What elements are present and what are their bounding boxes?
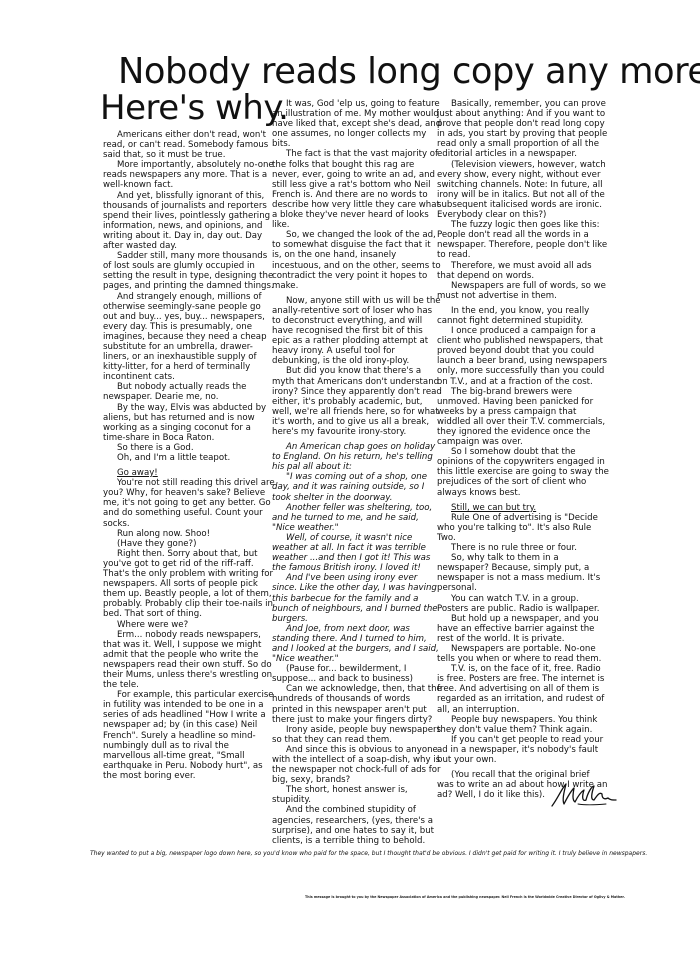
paragraph: You're not still reading this drivel are… xyxy=(103,478,275,528)
paragraph: Sadder still, many more thousands of los… xyxy=(103,251,275,291)
paragraph: So I somehow doubt that the opinions of … xyxy=(437,447,609,497)
paragraph: T.V. is, on the face of it, free. Radio … xyxy=(437,664,609,714)
paragraph: Basically, remember, you can prove just … xyxy=(437,99,609,160)
paragraph-irony-story: "I was coming out of a shop, one day, an… xyxy=(272,472,442,502)
paragraph: The short, honest answer is, stupidity. xyxy=(272,785,442,805)
paragraph: So, why talk to them in a newspaper? Bec… xyxy=(437,553,609,593)
paragraph: Americans either don't read, won't read,… xyxy=(103,130,275,160)
paragraph: If you can't get people to read your ad … xyxy=(437,735,609,765)
paragraph: But hold up a newspaper, and you have an… xyxy=(437,614,609,644)
paragraph: People buy newspapers. You think they do… xyxy=(437,715,609,735)
paragraph: (Television viewers, however, watch ever… xyxy=(437,160,609,221)
paragraph: But nobody actually reads the newspaper.… xyxy=(103,382,275,402)
paragraph: Right then. Sorry about that, but you've… xyxy=(103,549,275,620)
paragraph: It was, God 'elp us, going to feature an… xyxy=(272,99,442,149)
credit-line: This message is brought to you by the Ne… xyxy=(305,895,635,900)
paragraph-irony-story: An American chap goes on holiday to Engl… xyxy=(272,442,442,472)
paragraph: Rule One of advertising is "Decide who y… xyxy=(437,513,609,543)
paragraph: The big-brand brewers were unmoved. Havi… xyxy=(437,387,609,448)
paragraph: Irony aside, people buy newspapers so th… xyxy=(272,725,442,745)
paragraph: Where were we? xyxy=(103,620,275,630)
paragraph: Run along now. Shoo! xyxy=(103,529,275,539)
paragraph: You can watch T.V. in a group. Posters a… xyxy=(437,594,609,614)
paragraph: Erm... nobody reads newspapers, that was… xyxy=(103,630,275,691)
paragraph: (Have they gone?) xyxy=(103,539,275,549)
paragraph: Newspapers are portable. No-one tells yo… xyxy=(437,644,609,664)
paragraph: Now, anyone still with us will be the an… xyxy=(272,296,442,367)
paragraph: Therefore, we must avoid all ads that de… xyxy=(437,261,609,281)
paragraph: Oh, and I'm a little teapot. xyxy=(103,453,275,463)
advertisement-page: Nobody reads long copy any more. Here's … xyxy=(0,0,700,970)
paragraph-irony-story: And I've been using irony ever since. Li… xyxy=(272,573,442,623)
body-column-2: It was, God 'elp us, going to feature an… xyxy=(272,99,442,846)
paragraph: So there is a God. xyxy=(103,443,275,453)
footnote: They wanted to put a big, newspaper logo… xyxy=(90,850,620,858)
paragraph-still-we-can-but-try: Still, we can but try. xyxy=(437,503,609,513)
paragraph: (Pause for... bewilderment, I suppose...… xyxy=(272,664,442,684)
paragraph: And since this is obvious to anyone with… xyxy=(272,745,442,785)
headline-line-2: Here's why. xyxy=(100,88,288,128)
paragraph: And yet, blissfully ignorant of this, th… xyxy=(103,191,275,252)
body-column-1: Americans either don't read, won't read,… xyxy=(103,130,275,781)
paragraph: By the way, Elvis was abducted by aliens… xyxy=(103,403,275,443)
headline-line-1: Nobody reads long copy any more. xyxy=(118,52,700,92)
paragraph: In the end, you know, you really cannot … xyxy=(437,306,609,326)
paragraph: And strangely enough, millions of otherw… xyxy=(103,292,275,383)
paragraph: More importantly, absolutely no-one read… xyxy=(103,160,275,190)
paragraph-irony-story: And Joe, from next door, was standing th… xyxy=(272,624,442,664)
paragraph-irony-story: Another feller was sheltering, too, and … xyxy=(272,503,442,533)
paragraph-go-away: Go away! xyxy=(103,468,275,478)
paragraph: So, we changed the look of the ad, to so… xyxy=(272,230,442,291)
body-column-3: Basically, remember, you can prove just … xyxy=(437,99,609,800)
paragraph-irony-story: Well, of course, it wasn't nice weather … xyxy=(272,533,442,573)
paragraph: For example, this particular exercise in… xyxy=(103,690,275,781)
paragraph: The fuzzy logic then goes like this: Peo… xyxy=(437,220,609,260)
paragraph: And the combined stupidity of agencies, … xyxy=(272,805,442,845)
paragraph: Can we acknowledge, then, that the hundr… xyxy=(272,684,442,724)
paragraph: But did you know that there's a myth tha… xyxy=(272,366,442,437)
paragraph: There is no rule three or four. xyxy=(437,543,609,553)
paragraph: I once produced a campaign for a client … xyxy=(437,326,609,387)
paragraph: The fact is that the vast majority of th… xyxy=(272,149,442,230)
paragraph: Newspapers are full of words, so we must… xyxy=(437,281,609,301)
signature-icon xyxy=(548,778,618,810)
